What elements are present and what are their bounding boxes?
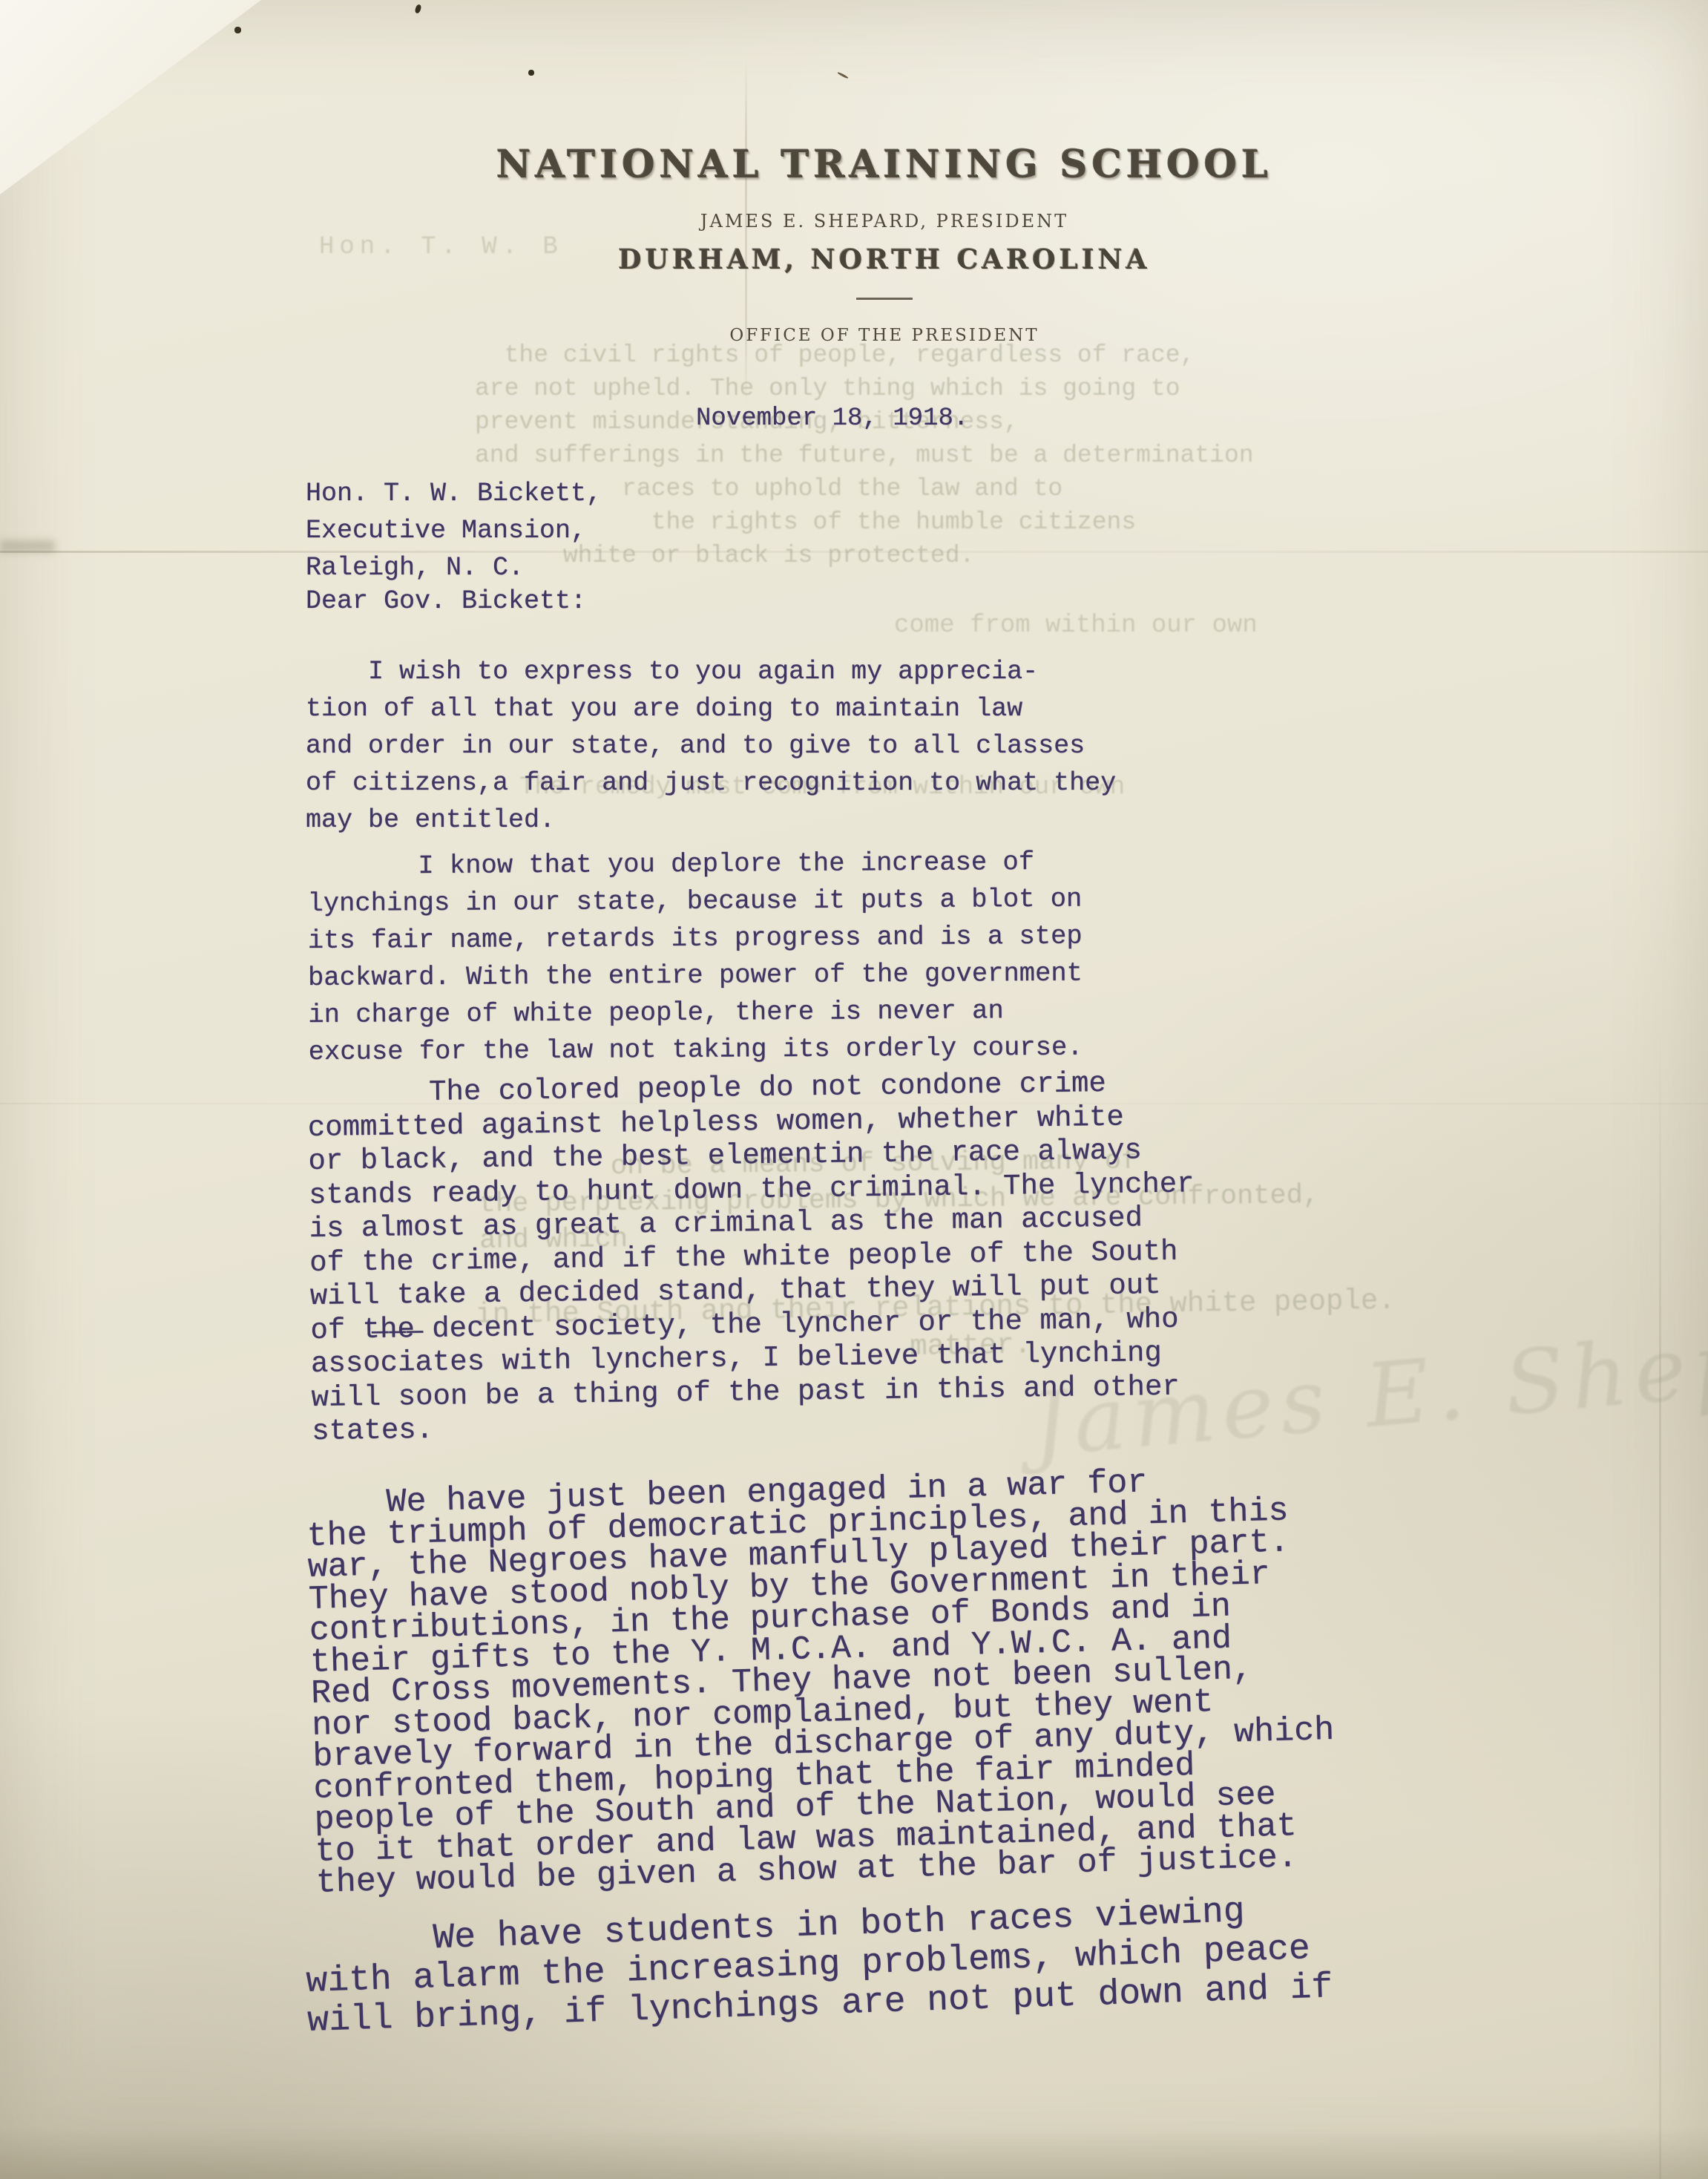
letterhead-president-line: JAMES E. SHEPARD, PRESIDENT (61, 211, 1708, 232)
fold-wear-mark (0, 540, 55, 552)
recipient-address: Hon. T. W. Bickett, Executive Mansion, R… (306, 475, 602, 586)
letterhead-school-name: NATIONAL TRAINING SCHOOL (61, 142, 1708, 187)
letterhead-office-line: OFFICE OF THE PRESIDENT (61, 326, 1708, 345)
letterhead-location: DURHAM, NORTH CAROLINA (61, 244, 1708, 275)
paragraph-war-service: We have just been engaged in a war for t… (306, 1463, 1338, 1899)
letter-date: November 18, 1918. (696, 404, 968, 433)
salutation: Dear Gov. Bickett: (306, 586, 586, 616)
scanned-letter-page: Hon. T. W. B the civil rights of people,… (0, 0, 1708, 2179)
paper-speck (837, 71, 849, 79)
paper-crease-vertical (1659, 1024, 1661, 2179)
paper-speck (414, 4, 421, 14)
paper-speck (528, 70, 534, 76)
letterhead: NATIONAL TRAINING SCHOOL JAMES E. SHEPAR… (61, 142, 1708, 345)
letterhead-divider-rule (856, 298, 913, 300)
paragraph-students-alarm: We have students in both races viewing w… (304, 1890, 1333, 2042)
page-bottom-shadow (0, 2127, 1708, 2179)
paragraph-lynchings-deplored: I know that you deplore the increase of … (307, 844, 1083, 1071)
paper-speck (234, 27, 241, 33)
bleedthrough-text-fragment: come from within our own (894, 612, 1258, 640)
paragraph-appreciation: I wish to express to you again my apprec… (306, 653, 1116, 839)
paragraph-colored-people-crime: The colored people do not condone crime … (307, 1066, 1198, 1449)
